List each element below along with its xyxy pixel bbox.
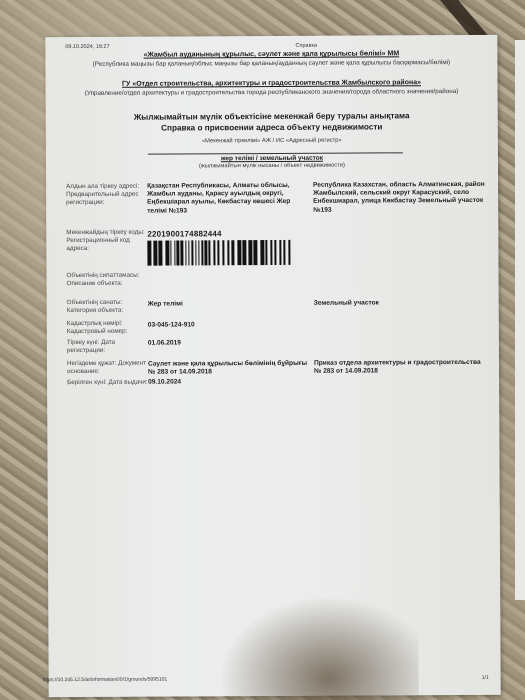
registry-name: «Мекенжай тіркелімі» АЖ / ИС «Адресный р…	[56, 137, 488, 145]
basis-document-value-kz: Сәулет және қала құрылысы бөлімінің бұйр…	[148, 360, 308, 377]
cadastral-number-label: Кадастрлық нөмірі: Кадастровый номер:	[67, 320, 149, 337]
registration-date-value: 01.06.2019	[148, 339, 308, 348]
barcode	[147, 240, 292, 266]
document-title: Жылжымайтын мүлік объектісіне мекенжай б…	[56, 111, 488, 134]
basis-document-value-ru: Приказ отдела архитектуры и градостроите…	[314, 359, 489, 376]
adjacent-paper	[515, 40, 525, 600]
paper-fold-shadow	[218, 595, 419, 700]
object-category-label: Объектінің санаты: Категория объекта:	[67, 299, 149, 316]
prelim-address-label: Алдын ала тіркеу адресі: Предварительный…	[66, 183, 148, 208]
object-category-value-kz: Жер телімі	[148, 300, 308, 309]
organization-name-kz: «Жамбыл ауданының құрылыс, сәулет және қ…	[55, 50, 487, 59]
print-title: Справка	[45, 42, 497, 50]
footer-page-number: 1/1	[482, 675, 489, 681]
organization-name-ru: ГУ «Отдел строительства, архитектуры и г…	[56, 79, 488, 88]
cadastral-number-value: 03-045-124-910	[148, 321, 308, 330]
organization-subtitle-kz: (Республика маңызы бар қаланың/облыс маң…	[55, 59, 487, 69]
basis-document-label: Негіздеме құжат: Документ основание:	[67, 360, 149, 377]
footer-url: https://10.245.12.5/ar/information/i/0/1…	[43, 677, 168, 684]
issue-date-value: 09.10.2024	[148, 378, 308, 387]
object-description-label: Объектінің сипаттамасы: Описание объекта…	[67, 272, 149, 289]
prelim-address-value-kz: Қазақстан Республикасы, Алматы облысы, Ж…	[147, 182, 307, 216]
prelim-address-value-ru: Республика Казахстан, область Алматинска…	[313, 181, 488, 215]
object-category-value-ru: Земельный участок	[314, 299, 489, 308]
registration-code-value: 2201900174882444	[147, 229, 221, 238]
issue-date-label: Берілген күні: Дата выдачи:	[67, 379, 149, 388]
registration-code-label: Мекенжайдың тіркеу коды: Регистрационный…	[66, 229, 148, 254]
object-type-caption: (жылжымайтын мүлік нысаны / объект недви…	[56, 162, 488, 170]
document-page: 09.10.2024, 16:27 Справка «Жамбыл ауданы…	[45, 35, 500, 697]
organization-subtitle-ru: (Управление/отдел архитектуры и градостр…	[56, 88, 488, 98]
document-title-ru: Справка о присвоении адреса объекту недв…	[56, 121, 488, 134]
registration-date-label: Тіркеу күні: Дата регистрации:	[67, 339, 149, 356]
